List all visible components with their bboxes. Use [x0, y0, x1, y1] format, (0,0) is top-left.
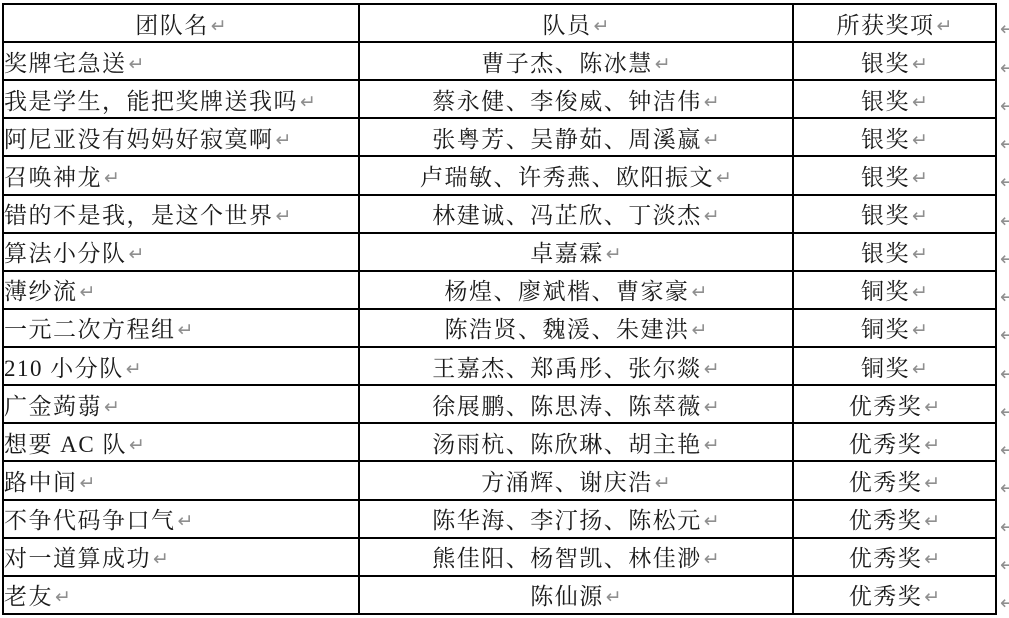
members-names: 徐展鹏、陈思涛、陈萃薇 — [432, 394, 702, 419]
header-members-label: 队员 — [543, 13, 592, 38]
team-name: 想要 AC 队 — [4, 432, 127, 457]
members-cell[interactable]: 杨煌、廖斌楷、曹家豪↵ — [359, 271, 793, 309]
end-of-cell-mark: ↵ — [912, 205, 928, 227]
end-of-row-mark: ↵ — [1000, 134, 1009, 156]
end-of-cell-mark: ↵ — [912, 358, 928, 380]
end-of-cell-mark: ↵ — [276, 205, 292, 227]
awards-table: 团队名↵ 队员↵ 所获奖项↵ 奖牌宅急送↵ 曹子杰、陈冰慧↵ 银奖↵ 我是学生，… — [2, 3, 997, 615]
team-name: 路中间 — [4, 470, 78, 495]
team-cell[interactable]: 奖牌宅急送↵ — [3, 42, 359, 80]
end-of-cell-mark: ↵ — [211, 15, 227, 37]
table-row: 210 小分队↵ 王嘉杰、郑禹彤、张尔燚↵ 铜奖↵ — [3, 347, 996, 385]
team-name: 算法小分队 — [4, 241, 127, 266]
members-names: 卢瑞敏、许秀燕、欧阳振文 — [420, 165, 714, 190]
members-cell[interactable]: 熊佳阳、杨智凯、林佳渺↵ — [359, 538, 793, 576]
end-of-cell-mark: ↵ — [912, 129, 928, 151]
members-cell[interactable]: 蔡永健、李俊威、钟洁伟↵ — [359, 80, 793, 118]
award-name: 银奖 — [861, 241, 910, 266]
end-of-cell-mark: ↵ — [924, 510, 940, 532]
team-name: 我是学生，能把奖牌送我吗 — [4, 89, 298, 114]
award-name: 银奖 — [861, 51, 910, 76]
header-cell-award[interactable]: 所获奖项↵ — [793, 4, 996, 42]
team-name: 一元二次方程组 — [4, 317, 176, 342]
members-cell[interactable]: 卓嘉霖↵ — [359, 233, 793, 271]
header-cell-team[interactable]: 团队名↵ — [3, 4, 359, 42]
award-cell[interactable]: 优秀奖↵ — [793, 538, 996, 576]
end-of-cell-mark: ↵ — [129, 434, 145, 456]
end-of-cell-mark: ↵ — [924, 434, 940, 456]
members-cell[interactable]: 卢瑞敏、许秀燕、欧阳振文↵ — [359, 156, 793, 194]
members-cell[interactable]: 徐展鹏、陈思涛、陈萃薇↵ — [359, 385, 793, 423]
table-row: 对一道算成功↵ 熊佳阳、杨智凯、林佳渺↵ 优秀奖↵ — [3, 538, 996, 576]
end-of-cell-mark: ↵ — [606, 586, 622, 608]
table-row: 召唤神龙↵ 卢瑞敏、许秀燕、欧阳振文↵ 银奖↵ — [3, 156, 996, 194]
team-cell[interactable]: 召唤神龙↵ — [3, 156, 359, 194]
members-names: 蔡永健、李俊威、钟洁伟 — [432, 89, 702, 114]
members-names: 曹子杰、陈冰慧 — [481, 51, 653, 76]
end-of-cell-mark: ↵ — [153, 548, 169, 570]
end-of-cell-mark: ↵ — [129, 243, 145, 265]
table-row: 不争代码争口气↵ 陈华海、李汀扬、陈松元↵ 优秀奖↵ — [3, 500, 996, 538]
table-row: 广金蒟蒻↵ 徐展鹏、陈思涛、陈萃薇↵ 优秀奖↵ — [3, 385, 996, 423]
end-of-cell-mark: ↵ — [80, 281, 96, 303]
team-cell[interactable]: 薄纱流↵ — [3, 271, 359, 309]
end-of-cell-mark: ↵ — [704, 434, 720, 456]
award-name: 银奖 — [861, 127, 910, 152]
award-name: 铜奖 — [861, 317, 910, 342]
award-cell[interactable]: 优秀奖↵ — [793, 423, 996, 461]
award-name: 优秀奖 — [849, 508, 923, 533]
end-of-row-mark: ↵ — [1000, 478, 1009, 500]
end-of-cell-mark: ↵ — [924, 396, 940, 418]
end-of-cell-mark: ↵ — [126, 358, 142, 380]
team-name: 广金蒟蒻 — [4, 394, 102, 419]
award-name: 银奖 — [861, 89, 910, 114]
award-name: 优秀奖 — [849, 546, 923, 571]
header-team-label: 团队名 — [135, 13, 209, 38]
award-cell[interactable]: 铜奖↵ — [793, 309, 996, 347]
end-of-row-mark: ↵ — [1000, 211, 1009, 233]
end-of-cell-mark: ↵ — [178, 510, 194, 532]
table-row: 薄纱流↵ 杨煌、廖斌楷、曹家豪↵ 铜奖↵ — [3, 271, 996, 309]
team-cell[interactable]: 阿尼亚没有妈妈好寂寞啊↵ — [3, 118, 359, 156]
members-cell[interactable]: 陈浩贤、魏湲、朱建洪↵ — [359, 309, 793, 347]
team-cell[interactable]: 老友↵ — [3, 576, 359, 614]
table-row: 一元二次方程组↵ 陈浩贤、魏湲、朱建洪↵ 铜奖↵ — [3, 309, 996, 347]
team-cell[interactable]: 路中间↵ — [3, 461, 359, 499]
team-cell[interactable]: 我是学生，能把奖牌送我吗↵ — [3, 80, 359, 118]
members-cell[interactable]: 陈华海、李汀扬、陈松元↵ — [359, 500, 793, 538]
team-cell[interactable]: 想要 AC 队↵ — [3, 423, 359, 461]
end-of-cell-mark: ↵ — [704, 548, 720, 570]
members-cell[interactable]: 曹子杰、陈冰慧↵ — [359, 42, 793, 80]
end-of-cell-mark: ↵ — [594, 15, 610, 37]
members-names: 王嘉杰、郑禹彤、张尔燚 — [432, 356, 702, 381]
end-of-row-mark: ↵ — [1000, 96, 1009, 118]
award-cell[interactable]: 银奖↵ — [793, 80, 996, 118]
award-cell[interactable]: 银奖↵ — [793, 233, 996, 271]
table-row: 想要 AC 队↵ 汤雨杭、陈欣琳、胡主艳↵ 优秀奖↵ — [3, 423, 996, 461]
award-name: 优秀奖 — [849, 584, 923, 609]
award-name: 银奖 — [861, 203, 910, 228]
end-of-cell-mark: ↵ — [912, 53, 928, 75]
team-name: 老友 — [4, 584, 53, 609]
table-row: 错的不是我，是这个世界↵ 林建诚、冯芷欣、丁淡杰↵ 银奖↵ — [3, 195, 996, 233]
end-of-cell-mark: ↵ — [300, 91, 316, 113]
end-of-row-mark: ↵ — [1000, 364, 1009, 386]
team-name: 奖牌宅急送 — [4, 51, 127, 76]
end-of-cell-mark: ↵ — [655, 53, 671, 75]
end-of-cell-mark: ↵ — [129, 53, 145, 75]
end-of-cell-mark: ↵ — [606, 243, 622, 265]
award-cell[interactable]: 优秀奖↵ — [793, 576, 996, 614]
award-name: 铜奖 — [861, 356, 910, 381]
members-names: 林建诚、冯芷欣、丁淡杰 — [432, 203, 702, 228]
end-of-row-mark: ↵ — [1000, 325, 1009, 347]
team-name: 不争代码争口气 — [4, 508, 176, 533]
end-of-cell-mark: ↵ — [912, 281, 928, 303]
team-name: 错的不是我，是这个世界 — [4, 203, 274, 228]
members-names: 汤雨杭、陈欣琳、胡主艳 — [432, 432, 702, 457]
end-of-cell-mark: ↵ — [55, 586, 71, 608]
end-of-row-mark: ↵ — [1000, 402, 1009, 424]
members-cell[interactable]: 林建诚、冯芷欣、丁淡杰↵ — [359, 195, 793, 233]
table-row: 奖牌宅急送↵ 曹子杰、陈冰慧↵ 银奖↵ — [3, 42, 996, 80]
award-cell[interactable]: 优秀奖↵ — [793, 385, 996, 423]
members-cell[interactable]: 王嘉杰、郑禹彤、张尔燚↵ — [359, 347, 793, 385]
end-of-row-mark: ↵ — [1000, 172, 1009, 194]
end-of-cell-mark: ↵ — [104, 167, 120, 189]
end-of-cell-mark: ↵ — [912, 243, 928, 265]
end-of-cell-mark: ↵ — [704, 129, 720, 151]
end-of-cell-mark: ↵ — [276, 129, 292, 151]
header-row: 团队名↵ 队员↵ 所获奖项↵ — [3, 4, 996, 42]
end-of-cell-mark: ↵ — [704, 358, 720, 380]
end-of-row-mark: ↵ — [1000, 555, 1009, 577]
team-name: 210 小分队 — [4, 356, 124, 381]
end-of-cell-mark: ↵ — [704, 205, 720, 227]
team-cell[interactable]: 广金蒟蒻↵ — [3, 385, 359, 423]
team-name: 召唤神龙 — [4, 165, 102, 190]
team-name: 阿尼亚没有妈妈好寂寞啊 — [4, 127, 274, 152]
table-row: 老友↵ 陈仙源↵ 优秀奖↵ — [3, 576, 996, 614]
end-of-cell-mark: ↵ — [80, 472, 96, 494]
end-of-cell-mark: ↵ — [912, 91, 928, 113]
award-cell[interactable]: 优秀奖↵ — [793, 500, 996, 538]
members-names: 陈仙源 — [530, 584, 604, 609]
end-of-cell-mark: ↵ — [704, 510, 720, 532]
members-cell[interactable]: 张粤芳、吴静茹、周溪嬴↵ — [359, 118, 793, 156]
document-page: 团队名↵ 队员↵ 所获奖项↵ 奖牌宅急送↵ 曹子杰、陈冰慧↵ 银奖↵ 我是学生，… — [0, 0, 1009, 618]
members-names: 张粤芳、吴静茹、周溪嬴 — [432, 127, 702, 152]
end-of-row-mark: ↵ — [1000, 19, 1009, 41]
end-of-cell-mark: ↵ — [912, 319, 928, 341]
table-row: 路中间↵ 方涌辉、谢庆浩↵ 优秀奖↵ — [3, 461, 996, 499]
award-name: 优秀奖 — [849, 432, 923, 457]
members-names: 方涌辉、谢庆浩 — [481, 470, 653, 495]
end-of-row-mark: ↵ — [1000, 593, 1009, 615]
award-cell[interactable]: 银奖↵ — [793, 195, 996, 233]
award-cell[interactable]: 银奖↵ — [793, 156, 996, 194]
end-of-cell-mark: ↵ — [655, 472, 671, 494]
award-cell[interactable]: 银奖↵ — [793, 118, 996, 156]
award-cell[interactable]: 铜奖↵ — [793, 271, 996, 309]
table-row: 算法小分队↵ 卓嘉霖↵ 银奖↵ — [3, 233, 996, 271]
team-name: 薄纱流 — [4, 279, 78, 304]
table-row: 我是学生，能把奖牌送我吗↵ 蔡永健、李俊威、钟洁伟↵ 银奖↵ — [3, 80, 996, 118]
table-row: 阿尼亚没有妈妈好寂寞啊↵ 张粤芳、吴静茹、周溪嬴↵ 银奖↵ — [3, 118, 996, 156]
members-names: 陈浩贤、魏湲、朱建洪 — [445, 317, 690, 342]
end-of-cell-mark: ↵ — [704, 91, 720, 113]
members-names: 卓嘉霖 — [530, 241, 604, 266]
award-name: 优秀奖 — [849, 470, 923, 495]
end-of-row-mark: ↵ — [1000, 440, 1009, 462]
members-names: 熊佳阳、杨智凯、林佳渺 — [432, 546, 702, 571]
team-cell[interactable]: 一元二次方程组↵ — [3, 309, 359, 347]
end-of-cell-mark: ↵ — [924, 586, 940, 608]
team-name: 对一道算成功 — [4, 546, 151, 571]
members-cell[interactable]: 方涌辉、谢庆浩↵ — [359, 461, 793, 499]
end-of-cell-mark: ↵ — [912, 167, 928, 189]
award-cell[interactable]: 优秀奖↵ — [793, 461, 996, 499]
end-of-cell-mark: ↵ — [716, 167, 732, 189]
award-name: 银奖 — [861, 165, 910, 190]
end-of-cell-mark: ↵ — [692, 281, 708, 303]
end-of-row-mark: ↵ — [1000, 517, 1009, 539]
award-name: 优秀奖 — [849, 394, 923, 419]
end-of-cell-mark: ↵ — [178, 319, 194, 341]
members-cell[interactable]: 陈仙源↵ — [359, 576, 793, 614]
end-of-cell-mark: ↵ — [104, 396, 120, 418]
end-of-cell-mark: ↵ — [924, 548, 940, 570]
team-cell[interactable]: 210 小分队↵ — [3, 347, 359, 385]
members-names: 杨煌、廖斌楷、曹家豪 — [445, 279, 690, 304]
end-of-row-mark: ↵ — [1000, 58, 1009, 80]
award-cell[interactable]: 铜奖↵ — [793, 347, 996, 385]
award-name: 铜奖 — [861, 279, 910, 304]
header-award-label: 所获奖项 — [837, 13, 935, 38]
team-cell[interactable]: 对一道算成功↵ — [3, 538, 359, 576]
end-of-cell-mark: ↵ — [692, 319, 708, 341]
award-cell[interactable]: 银奖↵ — [793, 42, 996, 80]
end-of-cell-mark: ↵ — [704, 396, 720, 418]
end-of-row-mark: ↵ — [1000, 249, 1009, 271]
team-cell[interactable]: 算法小分队↵ — [3, 233, 359, 271]
team-cell[interactable]: 错的不是我，是这个世界↵ — [3, 195, 359, 233]
members-cell[interactable]: 汤雨杭、陈欣琳、胡主艳↵ — [359, 423, 793, 461]
end-of-cell-mark: ↵ — [924, 472, 940, 494]
end-of-row-mark: ↵ — [1000, 287, 1009, 309]
team-cell[interactable]: 不争代码争口气↵ — [3, 500, 359, 538]
members-names: 陈华海、李汀扬、陈松元 — [432, 508, 702, 533]
end-of-cell-mark: ↵ — [937, 15, 953, 37]
header-cell-members[interactable]: 队员↵ — [359, 4, 793, 42]
